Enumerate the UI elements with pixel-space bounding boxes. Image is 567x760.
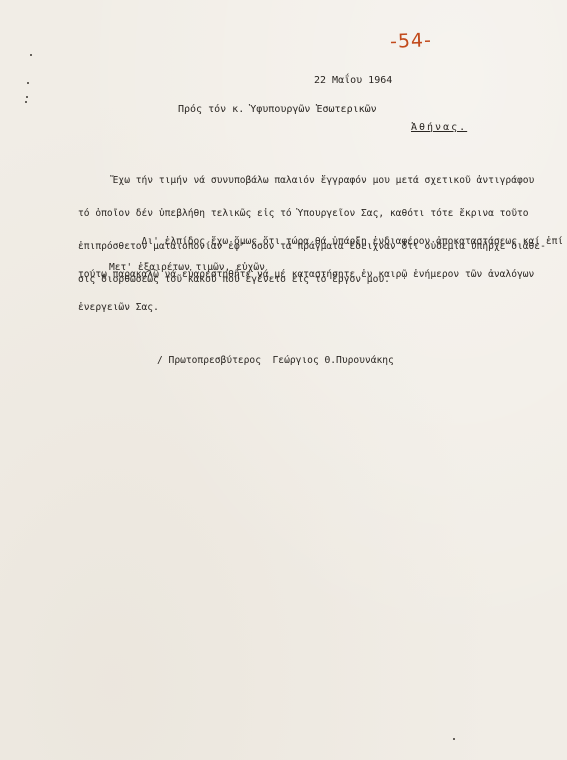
letter-city: Ἀθήνας. [411,122,467,133]
paper-speck [27,82,29,84]
letter-paragraph-2: Δι' ἐλπίδος ἔχω ὅμως ὅτι τώρα θά ὑπάρξη … [78,214,563,335]
letter-date: 22 Μαΐου 1964 [314,75,392,86]
paper-speck [453,738,455,740]
paper-speck [26,96,28,98]
handwritten-page-number: -54- [390,29,433,52]
letter-closing: Μετ' ἐξαιρέτων τιμῶν, εὐχῶν [109,262,265,273]
letter-addressee: Πρός τόν κ. Ὑφυπουργῶν Ἐσωτερικῶν [178,104,377,115]
paragraph-line: Ἔχω τήν τιμήν νά συνυποβάλω παλαιόν ἔγγρ… [78,175,546,186]
letter-signature: / Πρωτοπρεσβύτερος Γεώργιος Θ.Πυρουνάκης [157,355,394,366]
paragraph-line: Δι' ἐλπίδος ἔχω ὅμως ὅτι τώρα θά ὑπάρξη … [78,236,563,247]
paper-speck [25,101,27,103]
paragraph-line: ἐνεργειῶν Σας. [78,302,563,313]
paper-speck [30,54,32,56]
letter-page: -54- 22 Μαΐου 1964 Πρός τόν κ. Ὑφυπουργῶ… [0,0,567,760]
